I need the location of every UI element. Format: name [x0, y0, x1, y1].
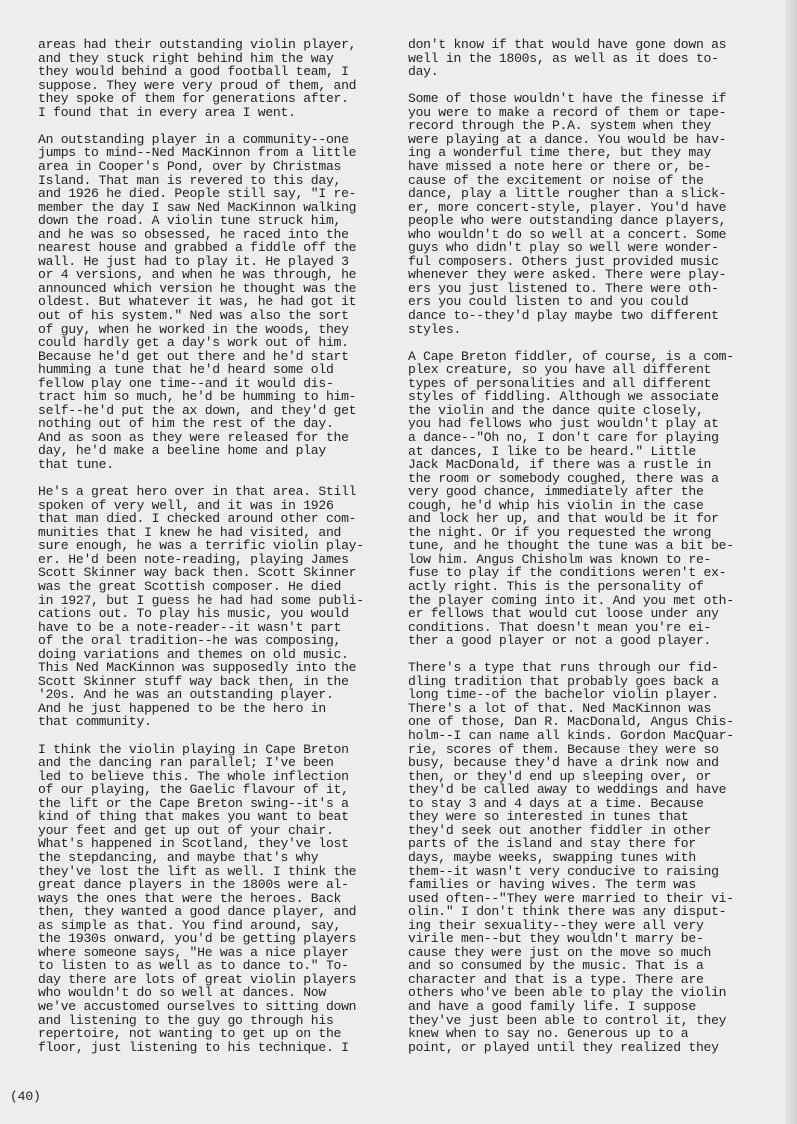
text-line: An outstanding player in a community--on…: [38, 133, 364, 147]
text-line: the night. Or if you requested the wrong: [408, 526, 734, 540]
text-line: Because he'd get out there and he'd star…: [38, 350, 364, 364]
text-line: tune, and he thought the tune was a bit …: [408, 539, 734, 553]
text-line: and 1926 he died. People still say, "I r…: [38, 187, 364, 201]
text-line: fellow play one time--and it would dis-: [38, 377, 364, 391]
text-line: cause of the excitement or noise of the: [408, 174, 734, 188]
text-line: ways the ones that were the heroes. Back: [38, 892, 364, 906]
paragraph: A Cape Breton fiddler, of course, is a c…: [408, 350, 734, 648]
text-line: ful composers. Others just provided musi…: [408, 255, 734, 269]
text-line: whenever they were asked. There were pla…: [408, 268, 734, 282]
text-line: led to believe this. The whole inflectio…: [38, 770, 364, 784]
text-line: cause they were just on the move so much: [408, 946, 734, 960]
text-line: well in the 1800s, as well as it does to…: [408, 52, 734, 66]
text-line: dance, play a little rougher than a slic…: [408, 187, 734, 201]
text-line: of the oral tradition--he was composing,: [38, 634, 364, 648]
text-line: kind of thing that makes you want to bea…: [38, 810, 364, 824]
text-line: at dances, I like to be heard." Little: [408, 445, 734, 459]
paragraph: He's a great hero over in that area. Sti…: [38, 485, 364, 729]
text-line: Jack MacDonald, if there was a rustle in: [408, 458, 734, 472]
text-line: day, he'd make a beeline home and play: [38, 444, 364, 458]
paragraph: don't know if that would have gone down …: [408, 38, 734, 79]
text-line: area in Cooper's Pond, over by Christmas: [38, 160, 364, 174]
text-line: cations out. To play his music, you woul…: [38, 607, 364, 621]
text-line: ther a good player or not a good player.: [408, 634, 734, 648]
text-line: they've just been able to control it, th…: [408, 1014, 734, 1028]
text-line: the lift or the Cape Breton swing--it's …: [38, 797, 364, 811]
text-line: was the great Scottish composer. He died: [38, 580, 364, 594]
text-line: This Ned MacKinnon was supposedly into t…: [38, 661, 364, 675]
text-line: '20s. And he was an outstanding player.: [38, 688, 364, 702]
text-line: then, or they'd end up sleeping over, or: [408, 770, 734, 784]
text-line: the stepdancing, and maybe that's why: [38, 851, 364, 865]
text-line: then, they wanted a good dance player, a…: [38, 905, 364, 919]
text-line: of our playing, the Gaelic flavour of it…: [38, 783, 364, 797]
text-line: that man died. I checked around other co…: [38, 512, 364, 526]
text-line: and the dancing ran parallel; I've been: [38, 756, 364, 770]
text-line: long time--of the bachelor violin player…: [408, 688, 734, 702]
text-line: Some of those wouldn't have the finesse …: [408, 92, 734, 106]
text-line: days, maybe weeks, swapping tunes with: [408, 851, 734, 865]
text-line: very good chance, immediately after the: [408, 485, 734, 499]
text-line: people who were outstanding dance player…: [408, 214, 734, 228]
text-line: of guy, when he worked in the woods, the…: [38, 323, 364, 337]
text-line: nothing out of him the rest of the day.: [38, 417, 364, 431]
text-line: styles of fiddling. Although we associat…: [408, 390, 734, 404]
paragraph: areas had their outstanding violin playe…: [38, 38, 364, 119]
text-line: you had fellows who just wouldn't play a…: [408, 417, 734, 431]
text-line: munities that I knew he had visited, and: [38, 526, 364, 540]
text-line: or 4 versions, and when he was through, …: [38, 268, 364, 282]
text-line: There's a lot of that. Ned MacKinnon was: [408, 702, 734, 716]
text-line: And he just happened to be the hero in: [38, 702, 364, 716]
text-line: parts of the island and stay there for: [408, 837, 734, 851]
text-line: olin." I don't think there was any dispu…: [408, 905, 734, 919]
text-line: He's a great hero over in that area. Sti…: [38, 485, 364, 499]
right-column: don't know if that would have gone down …: [408, 38, 734, 1068]
text-line: What's happened in Scotland, they've los…: [38, 837, 364, 851]
paragraph: Some of those wouldn't have the finesse …: [408, 92, 734, 336]
text-line: styles.: [408, 323, 734, 337]
text-line: cough, he'd whip his violin in the case: [408, 499, 734, 513]
text-line: others who've been able to play the viol…: [408, 986, 734, 1000]
text-line: sure enough, he was a terrific violin pl…: [38, 539, 364, 553]
text-line: they've lost the lift as well. I think t…: [38, 865, 364, 879]
text-line: holm--I can name all kinds. Gordon MacQu…: [408, 729, 734, 743]
text-line: and so consumed by the music. That is a: [408, 959, 734, 973]
text-line: who wouldn't do so well at a concert. So…: [408, 228, 734, 242]
text-line: jumps to mind--Ned MacKinnon from a litt…: [38, 146, 364, 160]
text-line: the violin and the dance quite closely,: [408, 404, 734, 418]
text-line: actly right. This is the personality of: [408, 580, 734, 594]
text-line: dance to--they'd play maybe two differen…: [408, 309, 734, 323]
text-line: and lock her up, and that would be it fo…: [408, 512, 734, 526]
left-column: areas had their outstanding violin playe…: [38, 38, 364, 1068]
text-line: you were to make a record of them or tap…: [408, 106, 734, 120]
text-line: to listen to as well as to dance to." To…: [38, 959, 364, 973]
text-line: the player coming into it. And you met o…: [408, 594, 734, 608]
text-line: and he was so obsessed, he raced into th…: [38, 228, 364, 242]
text-line: that tune.: [38, 458, 364, 472]
text-line: ers you could listen to and you could: [408, 295, 734, 309]
text-line: as simple as that. You find around, say,: [38, 919, 364, 933]
text-line: one of those, Dan R. MacDonald, Angus Ch…: [408, 715, 734, 729]
text-line: oldest. But whatever it was, he had got …: [38, 295, 364, 309]
text-line: they were so interested in tunes that: [408, 810, 734, 824]
text-line: used often--"They were married to their …: [408, 892, 734, 906]
text-line: repertoire, not wanting to get up on the: [38, 1027, 364, 1041]
text-line: out of his system." Ned was also the sor…: [38, 309, 364, 323]
text-line: point, or played until they realized the…: [408, 1041, 734, 1055]
text-line: er fellows that would cut loose under an…: [408, 607, 734, 621]
text-line: ing their sexuality--they were all very: [408, 919, 734, 933]
text-line: guys who didn't play so well were wonder…: [408, 241, 734, 255]
text-line: record through the P.A. system when they: [408, 119, 734, 133]
text-line: dling tradition that probably goes back …: [408, 675, 734, 689]
text-line: that community.: [38, 715, 364, 729]
text-line: types of personalities and all different: [408, 377, 734, 391]
text-line: in 1927, but I guess he had had some pub…: [38, 594, 364, 608]
text-line: they spoke of them for generations after…: [38, 92, 364, 106]
text-line: Island. That man is revered to this day,: [38, 174, 364, 188]
text-line: they'd be called away to weddings and ha…: [408, 783, 734, 797]
text-line: the room or somebody coughed, there was …: [408, 472, 734, 486]
paragraph: There's a type that runs through our fid…: [408, 661, 734, 1054]
text-line: A Cape Breton fiddler, of course, is a c…: [408, 350, 734, 364]
page-number: (40): [10, 1089, 41, 1104]
text-line: and listening to the guy go through his: [38, 1014, 364, 1028]
text-line: to stay 3 and 4 days at a time. Because: [408, 797, 734, 811]
text-line: character and that is a type. There are: [408, 973, 734, 987]
text-line: wall. He just had to play it. He played …: [38, 255, 364, 269]
text-line: announced which version he thought was t…: [38, 282, 364, 296]
text-line: doing variations and themes on old music…: [38, 648, 364, 662]
text-line: Scott Skinner way back then. Scott Skinn…: [38, 566, 364, 580]
text-line: humming a tune that he'd heard some old: [38, 363, 364, 377]
text-line: a dance--"Oh no, I don't care for playin…: [408, 431, 734, 445]
text-line: we've accustomed ourselves to sitting do…: [38, 1000, 364, 1014]
text-line: floor, just listening to his technique. …: [38, 1041, 364, 1055]
text-line: were playing at a dance. You would be ha…: [408, 133, 734, 147]
text-line: don't know if that would have gone down …: [408, 38, 734, 52]
text-line: and have a good family life. I suppose: [408, 1000, 734, 1014]
text-line: fuse to play if the conditions weren't e…: [408, 566, 734, 580]
text-line: tract him so much, he'd be humming to hi…: [38, 390, 364, 404]
paragraph: I think the violin playing in Cape Breto…: [38, 743, 364, 1055]
text-line: plex creature, so you have all different: [408, 363, 734, 377]
text-line: they'd seek out another fiddler in other: [408, 824, 734, 838]
text-line: great dance players in the 1800s were al…: [38, 878, 364, 892]
text-line: self--he'd put the ax down, and they'd g…: [38, 404, 364, 418]
text-line: I think the violin playing in Cape Breto…: [38, 743, 364, 757]
text-line: who wouldn't do so well at dances. Now: [38, 986, 364, 1000]
text-line: ers you just listened to. There were oth…: [408, 282, 734, 296]
text-line: knew when to say no. Generous up to a: [408, 1027, 734, 1041]
text-line: spoken of very well, and it was in 1926: [38, 499, 364, 513]
text-line: member the day I saw Ned MacKinnon walki…: [38, 201, 364, 215]
text-line: and they stuck right behind him the way: [38, 52, 364, 66]
text-line: There's a type that runs through our fid…: [408, 661, 734, 675]
text-line: your feet and get up out of your chair.: [38, 824, 364, 838]
text-line: ing a wonderful time there, but they may: [408, 146, 734, 160]
text-line: Scott Skinner stuff way back then, in th…: [38, 675, 364, 689]
text-line: I found that in every area I went.: [38, 106, 364, 120]
page-edge-shadow: [785, 0, 797, 1124]
text-line: virile men--but they wouldn't marry be-: [408, 932, 734, 946]
paragraph: An outstanding player in a community--on…: [38, 133, 364, 472]
text-line: areas had their outstanding violin playe…: [38, 38, 364, 52]
text-line: er. He'd been note-reading, playing Jame…: [38, 553, 364, 567]
text-line: suppose. They were very proud of them, a…: [38, 79, 364, 93]
text-line: could hardly get a day's work out of him…: [38, 336, 364, 350]
text-line: low him. Angus Chisholm was known to re-: [408, 553, 734, 567]
text-line: they would behind a good football team, …: [38, 65, 364, 79]
text-line: conditions. That doesn't mean you're ei-: [408, 621, 734, 635]
text-line: them--it wasn't very conducive to raisin…: [408, 865, 734, 879]
text-line: day there are lots of great violin playe…: [38, 973, 364, 987]
text-line: er, more concert-style, player. You'd ha…: [408, 201, 734, 215]
text-line: have missed a note here or there or, be-: [408, 160, 734, 174]
text-line: day.: [408, 65, 734, 79]
text-line: down the road. A violin tune struck him,: [38, 214, 364, 228]
text-line: And as soon as they were released for th…: [38, 431, 364, 445]
text-line: where someone says, "He was a nice playe…: [38, 946, 364, 960]
text-line: the 1930s onward, you'd be getting playe…: [38, 932, 364, 946]
text-line: have to be a note-reader--it wasn't part: [38, 621, 364, 635]
text-line: families or having wives. The term was: [408, 878, 734, 892]
text-line: busy, because they'd have a drink now an…: [408, 756, 734, 770]
text-line: nearest house and grabbed a fiddle off t…: [38, 241, 364, 255]
text-line: rie, scores of them. Because they were s…: [408, 743, 734, 757]
